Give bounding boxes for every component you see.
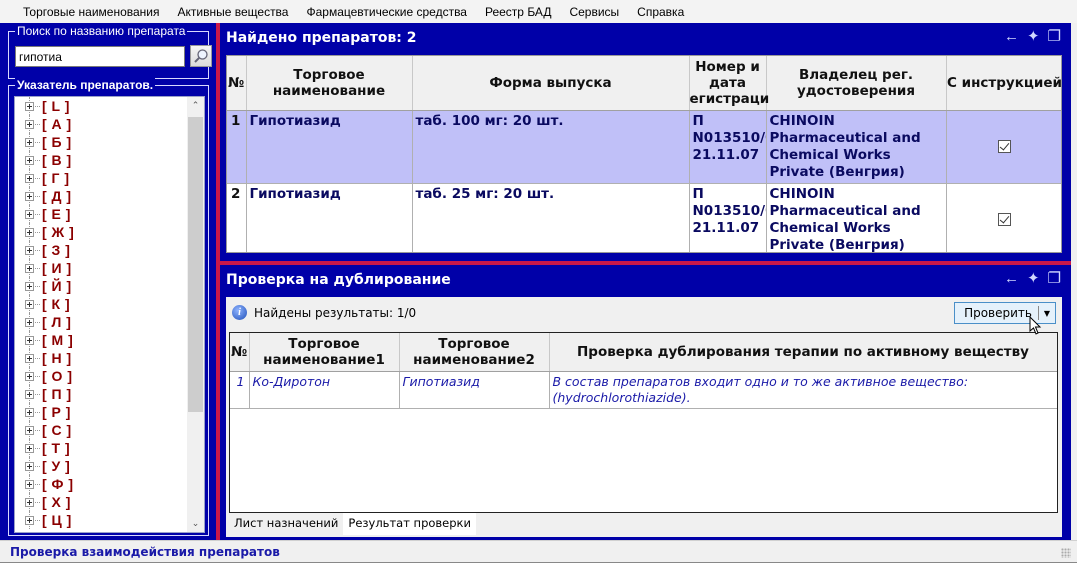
tab-prescription-list[interactable]: Лист назначений	[229, 513, 343, 535]
trade-name-1-cell[interactable]: Ко-Диротон	[249, 371, 399, 408]
scroll-up-icon[interactable]: ⌃	[187, 97, 204, 114]
checkbox-checked-icon[interactable]	[998, 213, 1011, 226]
menu-bad-registry[interactable]: Реестр БАД	[476, 5, 560, 19]
panel-controls: ← ✦ ❐	[1004, 29, 1061, 45]
tree-item-label: [ П ]	[42, 386, 72, 402]
tree-connector	[35, 250, 40, 251]
expand-plus-icon[interactable]	[25, 372, 34, 381]
tree-connector	[35, 178, 40, 179]
tree-item[interactable]: [ М ]	[15, 331, 187, 349]
drug-table: № Торговое наименование Форма выпуска Но…	[227, 56, 1062, 253]
menu-help[interactable]: Справка	[628, 5, 693, 19]
tree-item[interactable]: [ Г ]	[15, 169, 187, 187]
tree-connector	[35, 214, 40, 215]
tree-item[interactable]: [ К ]	[15, 295, 187, 313]
col-owner[interactable]: Владелец рег. удостоверения	[766, 56, 946, 110]
expand-plus-icon[interactable]	[25, 156, 34, 165]
right-edge	[1071, 23, 1077, 540]
tree-connector	[35, 466, 40, 467]
scroll-down-icon[interactable]: ⌄	[187, 515, 204, 532]
owner-cell[interactable]: CHINOIN Pharmaceutical and Chemical Work…	[766, 183, 946, 253]
move-icon[interactable]: ✦	[1027, 271, 1040, 287]
tree-item[interactable]: [ Л ]	[15, 313, 187, 331]
info-icon: i	[232, 305, 247, 320]
move-icon[interactable]: ✦	[1027, 29, 1040, 45]
tree-connector	[35, 484, 40, 485]
tree-item-label: [ Ж ]	[42, 224, 74, 240]
arrow-left-icon[interactable]: ←	[1004, 271, 1019, 287]
tree-connector	[35, 160, 40, 161]
tree-item[interactable]: [ А ]	[15, 115, 187, 133]
tree-connector	[35, 376, 40, 377]
tree-connector	[35, 322, 40, 323]
duplicate-check-panel: Проверка на дублирование ← ✦ ❐ i Найдены…	[220, 265, 1071, 540]
expand-plus-icon[interactable]	[25, 282, 34, 291]
tree-item[interactable]: [ С ]	[15, 421, 187, 439]
col-form[interactable]: Форма выпуска	[412, 56, 689, 110]
form-cell[interactable]: таб. 100 мг: 20 шт.	[412, 110, 689, 183]
expand-plus-icon[interactable]	[25, 318, 34, 327]
tree-item-label: [ Н ]	[42, 350, 72, 366]
tree-item-label: [ К ]	[42, 296, 70, 312]
tree-item-label: [ Й ]	[42, 278, 72, 294]
tree-connector	[35, 286, 40, 287]
undock-icon[interactable]: ❐	[1048, 29, 1061, 45]
tree-item-label: [ Ц ]	[42, 512, 72, 528]
expand-plus-icon[interactable]	[25, 210, 34, 219]
menu-pharma-products[interactable]: Фармацевтические средства	[297, 5, 476, 19]
tree-item-label: [ Л ]	[42, 314, 71, 330]
drug-index-tree[interactable]: [ L ][ А ][ Б ][ В ][ Г ][ Д ][ Е ][ Ж ]…	[14, 96, 205, 533]
tree-item-label: [ L ]	[42, 98, 70, 114]
tree-item[interactable]: [ Б ]	[15, 133, 187, 151]
panel-controls: ← ✦ ❐	[1004, 271, 1061, 287]
expand-plus-icon[interactable]	[25, 444, 34, 453]
trade-name-cell[interactable]: Гипотиазид	[246, 110, 412, 183]
left-panel: Поиск по названию препарата Указатель пр…	[0, 23, 216, 540]
instruction-cell	[946, 110, 1062, 183]
duplicate-table: № Торговое наименование1 Торговое наимен…	[230, 333, 1058, 409]
tree-item-label: [ Х ]	[42, 494, 71, 510]
tree-connector	[35, 124, 40, 125]
duplicate-check-body: i Найдены результаты: 1/0 Проверить ▼ № …	[226, 297, 1062, 537]
trade-name-2-cell[interactable]: Гипотиазид	[399, 371, 549, 408]
expand-plus-icon[interactable]	[25, 192, 34, 201]
col-reg[interactable]: Номер и дата егистраци	[689, 56, 766, 110]
tab-check-result[interactable]: Результат проверки	[343, 513, 476, 535]
expand-plus-icon[interactable]	[25, 120, 34, 129]
tree-connector	[35, 232, 40, 233]
tree-connector	[35, 268, 40, 269]
table-row[interactable]: 1Гипотиазидтаб. 100 мг: 20 шт.ПN013510/0…	[227, 110, 1062, 183]
table-row[interactable]: 1Ко-ДиротонГипотиазидВ состав препаратов…	[230, 371, 1057, 408]
tree-item-label: [ У ]	[42, 458, 70, 474]
reg-line: N013510/0	[693, 203, 763, 220]
tree-item[interactable]: [ Ф ]	[15, 475, 187, 493]
col-trade-name-1[interactable]: Торговое наименование1	[249, 333, 399, 371]
tree-item-label: [ Б ]	[42, 134, 72, 150]
tree-item[interactable]: [ Х ]	[15, 493, 187, 511]
row-number: 1	[227, 110, 246, 183]
tree-item-label: [ З ]	[42, 242, 70, 258]
col-trade-name[interactable]: Торговое наименование	[246, 56, 412, 110]
col-instruction[interactable]: С инструкцией	[946, 56, 1062, 110]
arrow-left-icon[interactable]: ←	[1004, 29, 1019, 45]
instruction-cell	[946, 183, 1062, 253]
tree-connector	[35, 430, 40, 431]
expand-plus-icon[interactable]	[25, 264, 34, 273]
expand-plus-icon[interactable]	[25, 462, 34, 471]
expand-plus-icon[interactable]	[25, 354, 34, 363]
tree-item[interactable]: [ Н ]	[15, 349, 187, 367]
tree-connector	[35, 502, 40, 503]
tree-item-label: [ Ф ]	[42, 476, 74, 492]
status-bar: Проверка взаимодействия препаратов	[0, 540, 1077, 562]
tree-item-label: [ М ]	[42, 332, 73, 348]
row-number: 1	[230, 371, 249, 408]
tree-item-label: [ А ]	[42, 116, 72, 132]
col-num[interactable]: №	[230, 333, 249, 371]
tree-scrollbar[interactable]: ⌃ ⌄	[187, 97, 204, 532]
tree-item-label: [ В ]	[42, 152, 72, 168]
expand-plus-icon[interactable]	[25, 516, 34, 525]
trade-name-cell[interactable]: Гипотиазид	[246, 183, 412, 253]
tree-connector	[35, 196, 40, 197]
scroll-thumb[interactable]	[188, 117, 203, 412]
tree-connector	[35, 340, 40, 341]
expand-plus-icon[interactable]	[25, 138, 34, 147]
magnifier-icon	[193, 48, 209, 64]
dup-result-cell[interactable]: В состав препаратов входит одно и то же …	[549, 371, 1057, 408]
tree-item-label: [ Е ]	[42, 206, 71, 222]
reg-line: П	[693, 186, 763, 203]
reg-cell[interactable]: ПN013510/021.11.07	[689, 183, 766, 253]
duplicate-check-title: Проверка на дублирование	[226, 272, 451, 288]
reg-line: П	[693, 113, 763, 130]
tree-item[interactable]: [ Е ]	[15, 205, 187, 223]
tree-item-label: [ Р ]	[42, 404, 71, 420]
tree-item[interactable]: [ В ]	[15, 151, 187, 169]
results-info: i Найдены результаты: 1/0	[232, 305, 416, 320]
menu-active-substances[interactable]: Активные вещества	[169, 5, 298, 19]
search-input[interactable]	[15, 46, 185, 67]
tree-item[interactable]: [ У ]	[15, 457, 187, 475]
expand-plus-icon[interactable]	[25, 480, 34, 489]
reg-line: 21.11.07	[693, 147, 763, 164]
results-count: Найдены результаты: 1/0	[254, 306, 416, 320]
expand-plus-icon[interactable]	[25, 336, 34, 345]
tree-item[interactable]: [ П ]	[15, 385, 187, 403]
expand-plus-icon[interactable]	[25, 390, 34, 399]
menu-trade-names[interactable]: Торговые наименования	[14, 5, 169, 19]
col-num[interactable]: №	[227, 56, 246, 110]
status-text[interactable]: Проверка взаимодействия препаратов	[10, 545, 280, 559]
expand-plus-icon[interactable]	[25, 498, 34, 507]
drug-index-title: Указатель препаратов.	[15, 78, 155, 92]
reg-cell[interactable]: ПN013510/021.11.07	[689, 110, 766, 183]
tree-item-label: [ С ]	[42, 422, 72, 438]
tree-item-label: [ Г ]	[42, 170, 70, 186]
tree-item[interactable]: [ Р ]	[15, 403, 187, 421]
tree-item[interactable]: [ Ц ]	[15, 511, 187, 529]
bottom-border	[0, 562, 1077, 566]
col-dup-result[interactable]: Проверка дублирования терапии по активно…	[549, 333, 1057, 371]
tree-item[interactable]: [ И ]	[15, 259, 187, 277]
search-group-title: Поиск по названию препарата	[15, 24, 187, 38]
tree-item-label: [ Т ]	[42, 440, 70, 456]
expand-plus-icon[interactable]	[25, 102, 34, 111]
tree-connector	[35, 304, 40, 305]
tree-item[interactable]: [ Д ]	[15, 187, 187, 205]
row-number: 2	[227, 183, 246, 253]
expand-plus-icon[interactable]	[25, 228, 34, 237]
tree-connector	[35, 412, 40, 413]
expand-plus-icon[interactable]	[25, 300, 34, 309]
found-drugs-panel: Найдено препаратов: 2 ← ✦ ❐ № Торговое н…	[220, 23, 1071, 261]
duplicate-table-container: № Торговое наименование1 Торговое наимен…	[229, 332, 1058, 513]
undock-icon[interactable]: ❐	[1048, 271, 1061, 287]
tree-item-label: [ Д ]	[42, 188, 72, 204]
tree-connector	[35, 358, 40, 359]
reg-line: 21.11.07	[693, 220, 763, 237]
expand-plus-icon[interactable]	[25, 246, 34, 255]
mouse-cursor-icon	[1029, 316, 1043, 336]
expand-plus-icon[interactable]	[25, 174, 34, 183]
tree-item[interactable]: [ L ]	[15, 97, 187, 115]
tree-connector	[35, 106, 40, 107]
reg-line: N013510/0	[693, 130, 763, 147]
drug-index-group: Указатель препаратов. [ L ][ А ][ Б ][ В…	[8, 85, 209, 536]
tree-connector	[35, 394, 40, 395]
found-drugs-title: Найдено препаратов: 2	[226, 30, 417, 46]
expand-plus-icon[interactable]	[25, 426, 34, 435]
tree-connector	[35, 448, 40, 449]
tree-item[interactable]: [ Ж ]	[15, 223, 187, 241]
checkbox-checked-icon[interactable]	[998, 140, 1011, 153]
tree-item[interactable]: [ Т ]	[15, 439, 187, 457]
check-button[interactable]: Проверить	[955, 306, 1038, 320]
tree-connector	[35, 520, 40, 521]
tree-item[interactable]: [ Й ]	[15, 277, 187, 295]
tree-items: [ L ][ А ][ Б ][ В ][ Г ][ Д ][ Е ][ Ж ]…	[15, 97, 187, 529]
menu-services[interactable]: Сервисы	[560, 5, 628, 19]
tree-item[interactable]: [ О ]	[15, 367, 187, 385]
table-row[interactable]: 2Гипотиазидтаб. 25 мг: 20 шт.ПN013510/02…	[227, 183, 1062, 253]
tree-item-label: [ О ]	[42, 368, 73, 384]
col-trade-name-2[interactable]: Торговое наименование2	[399, 333, 549, 371]
drug-table-container: № Торговое наименование Форма выпуска Но…	[226, 55, 1062, 253]
resize-grip-icon[interactable]	[1061, 548, 1071, 558]
owner-cell[interactable]: CHINOIN Pharmaceutical and Chemical Work…	[766, 110, 946, 183]
search-button[interactable]	[190, 45, 212, 67]
tree-item[interactable]: [ З ]	[15, 241, 187, 259]
menu-bar: Торговые наименования Активные вещества …	[0, 0, 1077, 23]
expand-plus-icon[interactable]	[25, 408, 34, 417]
tree-item-label: [ И ]	[42, 260, 72, 276]
search-group: Поиск по названию препарата	[8, 31, 209, 79]
form-cell[interactable]: таб. 25 мг: 20 шт.	[412, 183, 689, 253]
bottom-tabs: Лист назначений Результат проверки	[229, 513, 476, 535]
tree-connector	[35, 142, 40, 143]
